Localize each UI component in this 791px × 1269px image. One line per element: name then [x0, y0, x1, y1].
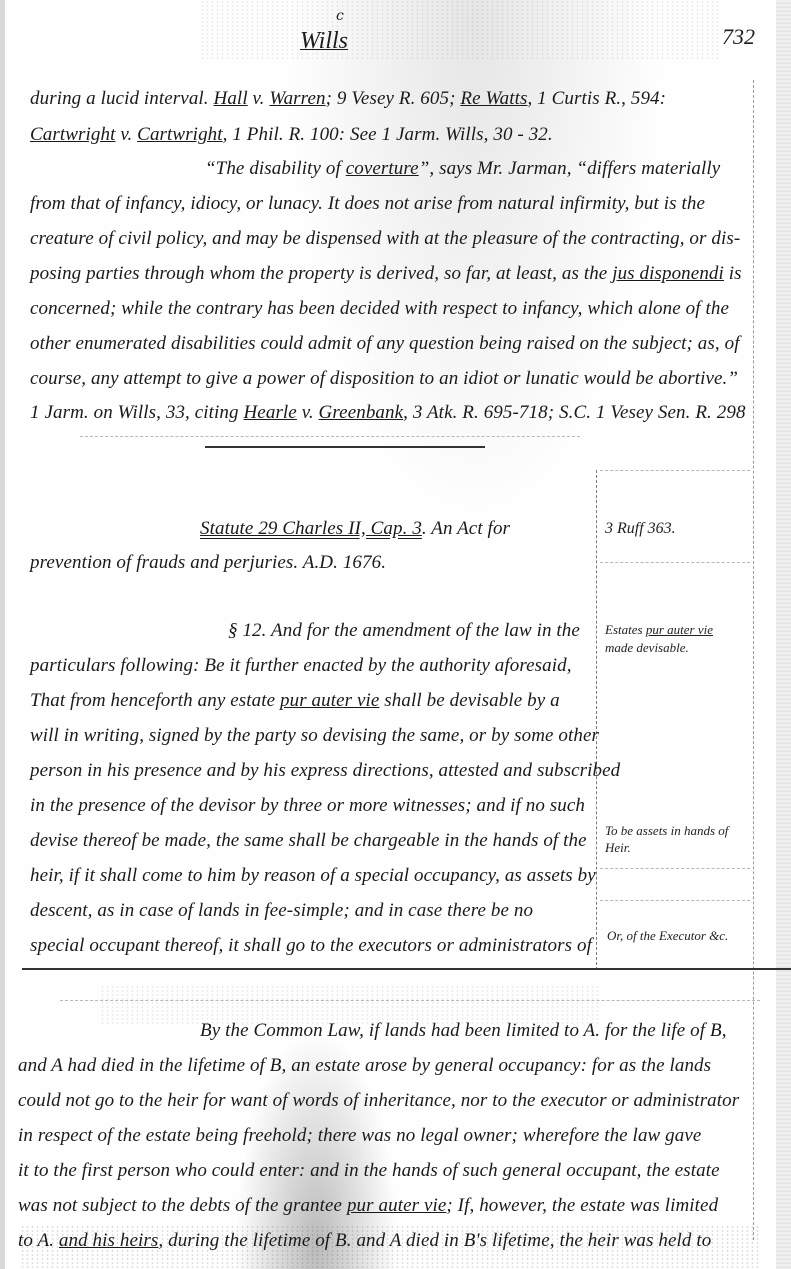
margin-note: To be assets in hands of [605, 823, 728, 839]
underlined-text: Hearle [243, 402, 296, 423]
underlined-text: jus disponendi [612, 263, 724, 284]
section-separator-rule [22, 968, 791, 970]
text-line: will in writing, signed by the party so … [30, 725, 599, 747]
text-line: devise thereof be made, the same shall b… [30, 830, 587, 852]
margin-notes-column-rule [596, 470, 597, 970]
text-line: That from henceforth any estate pur aute… [30, 690, 560, 712]
text-line: creature of civil policy, and may be dis… [30, 228, 740, 250]
margin-note: 3 Ruff 363. [605, 520, 676, 538]
text-line: concerned; while the contrary has been d… [30, 298, 729, 320]
manuscript-page: c Wills 732 during a lucid interval. Hal… [0, 0, 791, 1269]
text-line: 1 Jarm. on Wills, 33, citing Hearle v. G… [30, 402, 746, 424]
text-line: from that of infancy, idiocy, or lunacy.… [30, 193, 705, 215]
underlined-text: Greenbank [319, 402, 404, 423]
underlined-text: pur auter vie [646, 622, 713, 637]
underlined-text: pur auter vie [280, 690, 379, 711]
text-line: Cartwright v. Cartwright, 1 Phil. R. 100… [30, 124, 553, 146]
text-line: during a lucid interval. Hall v. Warren;… [30, 88, 666, 110]
underlined-text: Re Watts [460, 88, 527, 109]
header-letter: c [336, 8, 344, 24]
underlined-text: Statute 29 Charles II, Cap. 3 [200, 518, 422, 539]
text-line: and A had died in the lifetime of B, an … [18, 1055, 711, 1077]
ruled-line [600, 470, 750, 471]
scan-noise [100, 985, 600, 1025]
text-line: was not subject to the debts of the gran… [18, 1195, 718, 1217]
text-line: “The disability of coverture”, says Mr. … [205, 158, 720, 180]
text-line: By the Common Law, if lands had been lim… [200, 1020, 727, 1042]
margin-note: made devisable. [605, 640, 689, 656]
section-divider [205, 446, 485, 448]
text-line: person in his presence and by his expres… [30, 760, 620, 782]
text-line: special occupant thereof, it shall go to… [30, 935, 592, 957]
underlined-text: pur auter vie [347, 1195, 446, 1216]
ruled-line [80, 436, 580, 437]
text-line: descent, as in case of lands in fee-simp… [30, 900, 533, 922]
text-line: it to the first person who could enter: … [18, 1160, 720, 1182]
margin-note: Or, of the Executor &c. [607, 928, 728, 944]
ruled-line [600, 900, 750, 901]
text-line: particulars following: Be it further ena… [30, 655, 572, 677]
statute-heading: prevention of frauds and perjuries. A.D.… [30, 552, 386, 574]
text-line: to A. and his heirs, during the lifetime… [18, 1230, 711, 1252]
underlined-text: Hall [214, 88, 248, 109]
text-line: posing parties through whom the property… [30, 263, 742, 285]
underlined-text: Cartwright [30, 124, 115, 145]
text-line: heir, if it shall come to him by reason … [30, 865, 596, 887]
text-line: § 12. And for the amendment of the law i… [228, 620, 580, 642]
scan-left-edge [0, 0, 5, 1269]
underlined-text: Warren [269, 88, 325, 109]
text-line: course, any attempt to give a power of d… [30, 368, 738, 390]
scan-right-edge [776, 0, 791, 1269]
underlined-text: coverture [346, 158, 419, 179]
text-line: other enumerated disabilities could admi… [30, 333, 740, 355]
page-number: 732 [722, 24, 755, 50]
text-line: in the presence of the devisor by three … [30, 795, 585, 817]
ruled-line [600, 868, 750, 869]
margin-note: Estates pur auter vie [605, 622, 713, 638]
page-title: Wills [300, 28, 348, 55]
underlined-text: and his heirs [59, 1230, 158, 1251]
ruled-line [600, 562, 750, 563]
statute-heading: Statute 29 Charles II, Cap. 3. An Act fo… [200, 518, 510, 540]
text-line: could not go to the heir for want of wor… [18, 1090, 739, 1112]
underlined-text: Cartwright [137, 124, 222, 145]
scan-noise [200, 0, 720, 60]
text-line: in respect of the estate being freehold;… [18, 1125, 701, 1147]
right-margin-rule [753, 80, 755, 1240]
ruled-line [60, 1000, 760, 1001]
margin-note: Heir. [605, 840, 631, 856]
